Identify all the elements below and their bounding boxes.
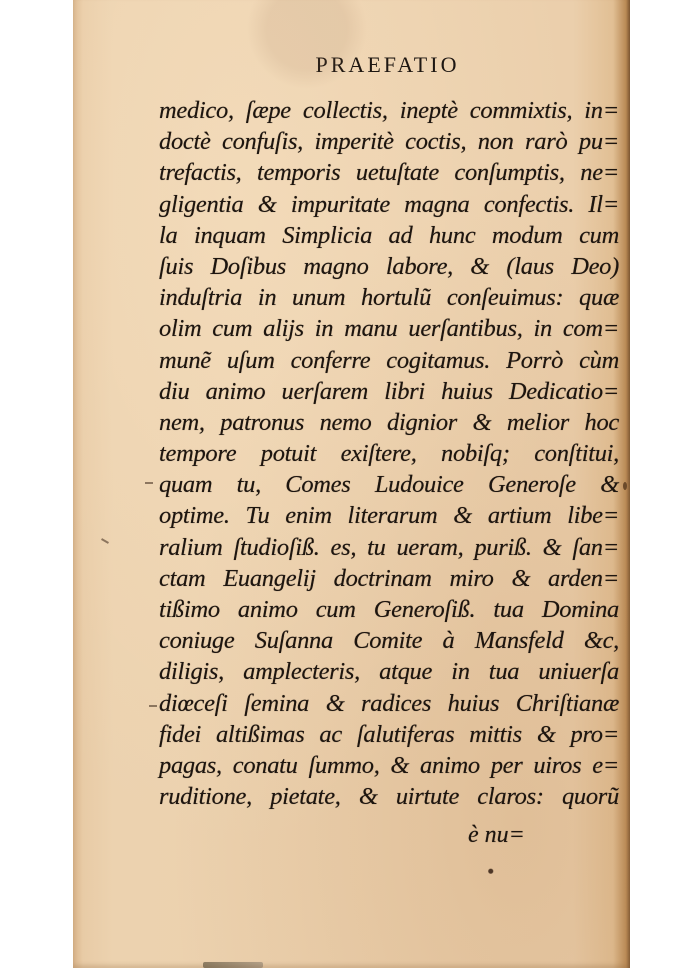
margin-mark <box>145 482 153 484</box>
text-line: coniuge Suſanna Comite à Mansfeld &c, <box>159 625 619 656</box>
catchword: è nu= <box>468 822 525 849</box>
text-line: induſtria in unum hortulũ conſeuimus: qu… <box>159 282 619 313</box>
text-line: munẽ uſum conferre cogitamus. Porrò cùm <box>159 345 619 376</box>
running-head: PRAEFATIO <box>73 52 630 78</box>
text-line: ruditione, pietate, & uirtute claros: qu… <box>159 781 619 812</box>
text-line: olim cum alijs in manu uerſantibus, in c… <box>159 313 619 344</box>
binding-shadow <box>203 962 263 968</box>
text-line: trefactis, temporis uetuſtate conſumptis… <box>159 157 619 188</box>
text-line: quam tu, Comes Ludouice Generoſe & <box>159 469 619 500</box>
text-line: la inquam Simplicia ad hunc modum cum <box>159 220 619 251</box>
margin-mark <box>101 538 109 544</box>
text-line: diligis, amplecteris, atque in tua uniue… <box>159 656 619 687</box>
text-line: nem, patronus nemo dignior & melior hoc <box>159 407 619 438</box>
text-line: doctè confuſis, imperitè coctis, non rar… <box>159 126 619 157</box>
text-line: ralium ſtudioſiß. es, tu ueram, puriß. &… <box>159 532 619 563</box>
text-line: diœceſi ſemina & radices huius Chriſtian… <box>159 688 619 719</box>
text-line: ſuis Doſibus magno labore, & (laus Deo) <box>159 251 619 282</box>
text-line: ctam Euangelij doctrinam miro & arden= <box>159 563 619 594</box>
book-page: PRAEFATIO medico, ſæpe collectis, ineptè… <box>73 0 630 968</box>
page-edge-notch <box>623 482 627 490</box>
text-line: medico, ſæpe collectis, ineptè commixtis… <box>159 95 619 126</box>
text-line: pagas, conatu ſummo, & animo per uiros e… <box>159 750 619 781</box>
text-line: tempore potuit exiſtere, nobiſq; conſtit… <box>159 438 619 469</box>
text-line: tißimo animo cum Generoſiß. tua Domina <box>159 594 619 625</box>
text-line: diu animo uerſarem libri huius Dedicatio… <box>159 376 619 407</box>
text-line: fidei altißimas ac ſalutiferas mittis & … <box>159 719 619 750</box>
margin-mark <box>149 705 157 707</box>
text-line: gligentia & impuritate magna confectis. … <box>159 189 619 220</box>
text-line: optime. Tu enim literarum & artium libe= <box>159 500 619 531</box>
body-text: medico, ſæpe collectis, ineptè commixtis… <box>159 95 619 812</box>
